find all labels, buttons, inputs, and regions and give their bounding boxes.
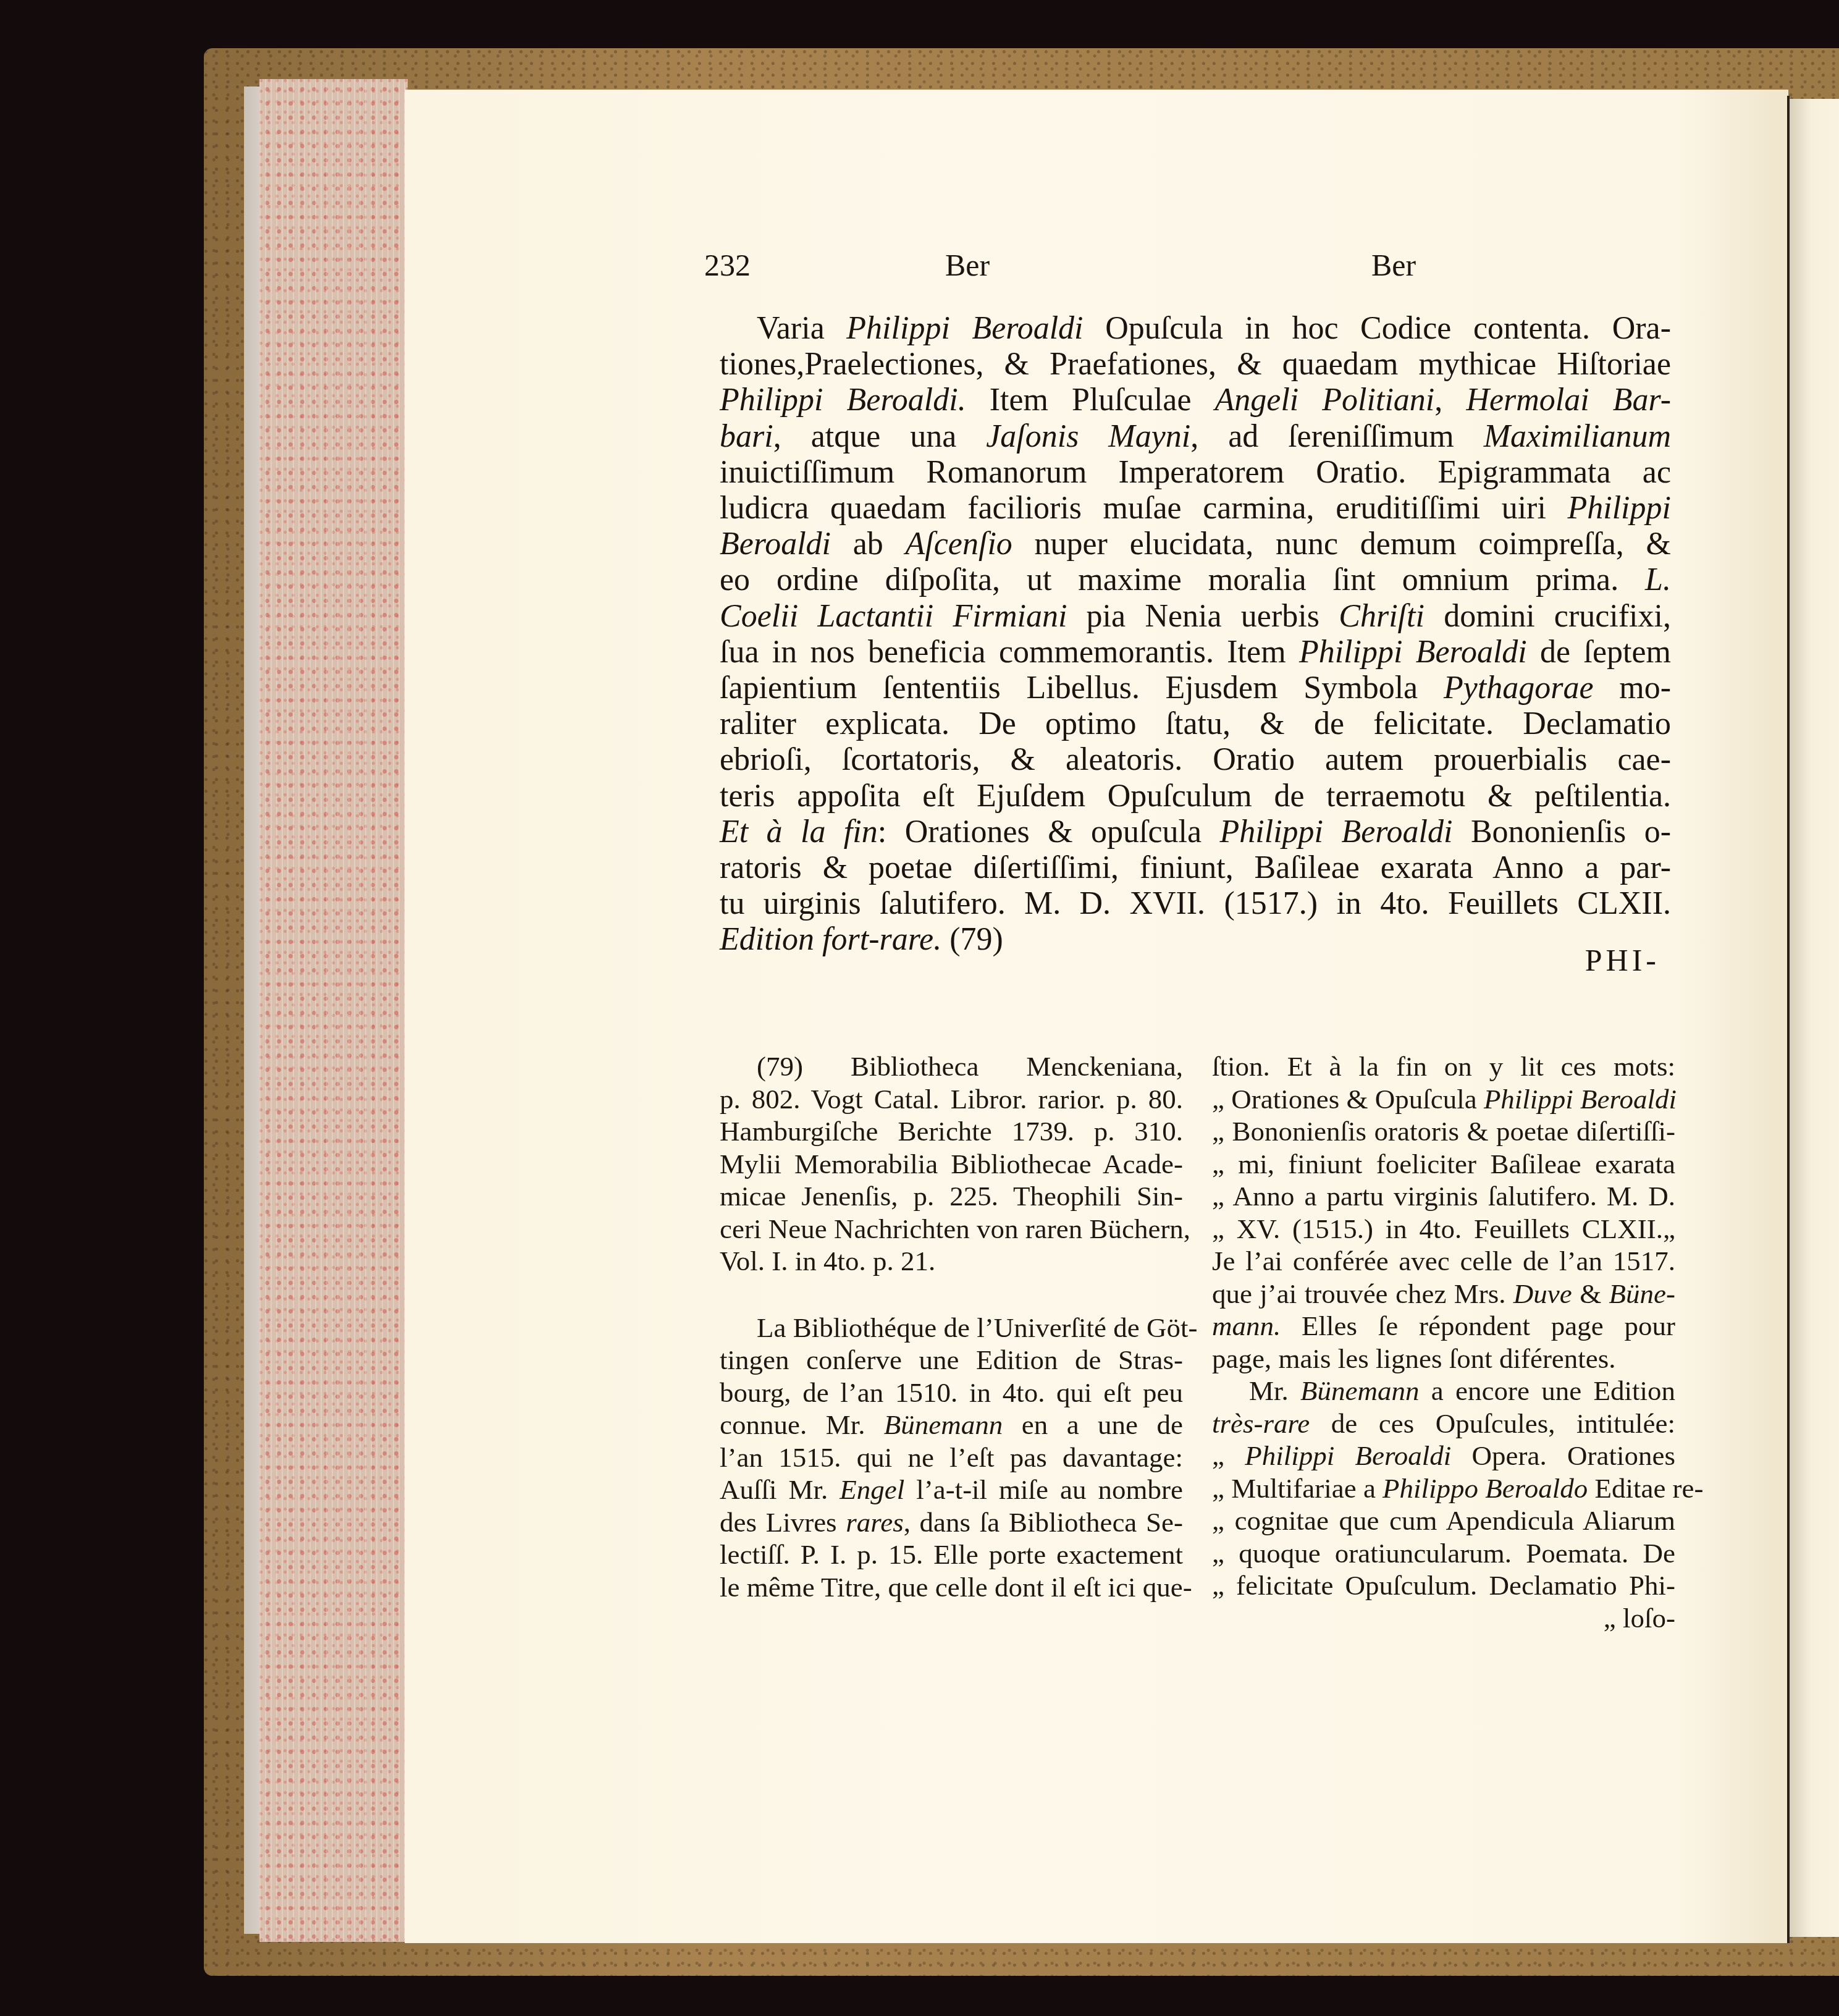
catchword: PHI- xyxy=(1585,942,1660,978)
footnote-line: „ loſo- xyxy=(1212,1602,1675,1635)
footnote-line: très-rare de ces Opuſcules, intitulée: xyxy=(1212,1407,1675,1440)
footnote-line: l’an 1515. qui ne l’eſt pas davantage: xyxy=(720,1441,1183,1474)
footnote-line: micae Jenenſis, p. 225. Theophili Sin- xyxy=(720,1180,1183,1213)
footnote-line: mann. Elles ſe répondent page pour xyxy=(1212,1310,1675,1343)
footnote-column-left: (79) Bibliotheca Menckeniana,p. 802. Vog… xyxy=(720,1050,1183,1603)
footnote-line: La Bibliothéque de l’Univerſité de Göt- xyxy=(720,1312,1183,1344)
footnote-line: connue. Mr. Bünemann en a une de xyxy=(720,1409,1183,1441)
footnote-line: tingen conſerve une Edition de Stras- xyxy=(720,1344,1183,1377)
footnote-line: p. 802. Vogt Catal. Libror. rarior. p. 8… xyxy=(720,1083,1183,1116)
footnote-line: „ Bononienſis oratoris & poetae diſertiſ… xyxy=(1212,1115,1675,1148)
text-line: Varia Philippi Beroaldi Opuſcula in hoc … xyxy=(720,311,1671,347)
footnote-line: ſtion. Et à la fin on y lit ces mots: xyxy=(1212,1050,1675,1083)
page-header: 232 Ber Ber xyxy=(704,247,1668,290)
text-line: Edition fort-rare. (79) xyxy=(720,922,1671,958)
footnote-line: „ Multifariae a Philippo Beroaldo Editae… xyxy=(1212,1472,1675,1505)
footnote-line: Je l’ai conférée avec celle de l’an 1517… xyxy=(1212,1245,1675,1278)
text-line: tu uirginis ſalutifero. M. D. XVII. (151… xyxy=(720,886,1671,922)
footnote-line: Hamburgiſche Berichte 1739. p. 310. xyxy=(720,1115,1183,1148)
main-entry-text: Varia Philippi Beroaldi Opuſcula in hoc … xyxy=(720,311,1671,958)
footnote-line: Mr. Bünemann a encore une Edition xyxy=(1212,1375,1675,1407)
text-line: bari, atque una Jaſonis Mayni, ad ſereni… xyxy=(720,419,1671,455)
page-fore-edge xyxy=(259,79,408,1942)
footnote-line: page, mais les lignes ſont diférentes. xyxy=(1212,1343,1675,1375)
endpaper-edge xyxy=(244,86,261,1934)
footnote-line: des Livres rares, dans ſa Bibliotheca Se… xyxy=(720,1506,1183,1539)
text-line: ſapientium ſententiis Libellus. Ejusdem … xyxy=(720,670,1671,706)
footnote-line: que j’ai trouvée chez Mrs. Duve & Büne- xyxy=(1212,1278,1675,1310)
text-line: teris appoſita eſt Ejuſdem Opuſculum de … xyxy=(720,778,1671,814)
text-line: ebrioſi, ſcortatoris, & aleatoris. Orati… xyxy=(720,742,1671,778)
footnote-line: Vol. I. in 4to. p. 21. xyxy=(720,1245,1183,1278)
running-head-left: Ber xyxy=(945,247,990,283)
footnote-line: le même Titre, que celle dont il eſt ici… xyxy=(720,1571,1183,1604)
footnote-line: „ XV. (1515.) in 4to. Feuillets CLXII.„ xyxy=(1212,1213,1675,1246)
text-line: Coelii Lactantii Firmiani pia Nenia uerb… xyxy=(720,599,1671,635)
footnote-column-right: ſtion. Et à la fin on y lit ces mots:„ O… xyxy=(1212,1050,1675,1634)
footnote-line: „ Orationes & Opuſcula Philippi Beroaldi xyxy=(1212,1083,1675,1116)
running-head-right: Ber xyxy=(1371,247,1416,283)
facing-page-sliver xyxy=(1790,99,1839,1937)
footnote-line: „ Philippi Beroaldi Opera. Orationes xyxy=(1212,1440,1675,1472)
footnote-line: „ quoque oratiuncularum. Poemata. De xyxy=(1212,1537,1675,1570)
text-line: raliter explicata. De optimo ſtatu, & de… xyxy=(720,706,1671,742)
footnote-line: ceri Neue Nachrichten von raren Büchern, xyxy=(720,1213,1183,1246)
footnote-line: „ Anno a partu virginis ſalutifero. M. D… xyxy=(1212,1180,1675,1213)
text-line: ſua in nos beneficia commemorantis. Item… xyxy=(720,635,1671,670)
text-line: Philippi Beroaldi. Item Pluſculae Angeli… xyxy=(720,382,1671,418)
text-line: tiones,Praelectiones, & Praefationes, & … xyxy=(720,347,1671,382)
footnote-line: bourg, de l’an 1510. in 4to. qui eſt peu xyxy=(720,1377,1183,1409)
text-line: eo ordine diſpoſita, ut maxime moralia ſ… xyxy=(720,562,1671,598)
footnote-line: Mylii Memorabilia Bibliothecae Acade- xyxy=(720,1148,1183,1181)
text-line: ludicra quaedam facilioris muſae carmina… xyxy=(720,491,1671,526)
text-line: Beroaldi ab Aſcenſio nuper elucidata, nu… xyxy=(720,526,1671,562)
footnote-line: (79) Bibliotheca Menckeniana, xyxy=(720,1050,1183,1083)
footnote-line: „ cognitae que cum Apendicula Aliarum xyxy=(1212,1504,1675,1537)
footnote-line: „ mi, finiunt foeliciter Baſileae exarat… xyxy=(1212,1148,1675,1181)
page-number: 232 xyxy=(704,247,751,283)
text-line: inuictiſſimum Romanorum Imperatorem Orat… xyxy=(720,455,1671,491)
footnote-line: „ felicitate Opuſculum. Declamatio Phi- xyxy=(1212,1569,1675,1602)
text-line: ratoris & poetae diſertiſſimi, finiunt, … xyxy=(720,850,1671,886)
footnote-line: lectiſſ. P. I. p. 15. Elle porte exactem… xyxy=(720,1538,1183,1571)
footnote-line: Auſſi Mr. Engel l’a-t-il miſe au nombre xyxy=(720,1474,1183,1506)
text-line: Et à la fin: Orationes & opuſcula Philip… xyxy=(720,814,1671,850)
